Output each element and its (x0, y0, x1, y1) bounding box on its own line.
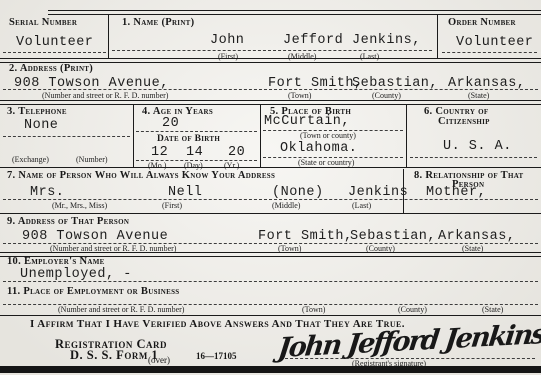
town-sublabel: (Town) (288, 91, 311, 100)
age-value: 20 (162, 116, 179, 131)
relationship-value: Mother, (426, 185, 486, 200)
contact-label: 7. Name of Person Who Will Always Know Y… (7, 170, 275, 181)
employment-place-label: 11. Place of Employment or Business (7, 286, 180, 297)
serial-number-label: Serial Number (9, 17, 77, 28)
town-sublabel: (Town) (302, 305, 325, 314)
order-number-label: Order Number (448, 17, 516, 28)
dob-day-value: 14 (186, 145, 203, 160)
contact-address-county-value: Sebastian, (350, 229, 436, 244)
year-sublabel: (Yr.) (224, 161, 239, 170)
state-sublabel: (State) (482, 305, 503, 314)
name-label: 1. Name (Print) (122, 17, 194, 28)
telephone-label: 3. Telephone (7, 106, 67, 117)
order-underline (442, 52, 537, 53)
contact-address-town-value: Fort Smith, (258, 229, 353, 244)
citizenship-label-line2: Citizenship (438, 116, 490, 127)
contact-address-label: 9. Address of That Person (7, 216, 129, 227)
day-sublabel: (Day) (184, 161, 203, 170)
contact-last-value: Jenkins (348, 185, 408, 200)
order-number-value: Volunteer (456, 35, 533, 50)
citizenship-underline (410, 157, 537, 158)
contact-first-value: Nell (168, 185, 202, 200)
state-sublabel: (State) (468, 91, 489, 100)
middle-sublabel: (Middle) (272, 201, 300, 210)
telephone-underline (3, 136, 130, 137)
telephone-value: None (24, 118, 58, 133)
street-sublabel: (Number and street or R. F. D. number) (58, 305, 184, 314)
county-sublabel: (County) (372, 91, 401, 100)
name-last-value: Jenkins, (352, 33, 421, 48)
name-underline (112, 50, 432, 51)
divider (133, 104, 134, 167)
last-sublabel: (Last) (352, 201, 371, 210)
dob-year-value: 20 (228, 145, 245, 160)
employer-label: 10. Employer's Name (7, 256, 105, 267)
registration-card: Serial Number Volunteer 1. Name (Print) … (0, 0, 541, 375)
divider (406, 104, 407, 167)
dob-month-value: 12 (151, 145, 168, 160)
employer-underline (3, 281, 538, 282)
affirmation-text: I Affirm That I Have Verified Above Answ… (30, 318, 405, 330)
over-note: (over) (148, 355, 170, 365)
town-or-county-sublabel: (Town or county) (300, 131, 356, 140)
serial-number-value: Volunteer (16, 35, 93, 50)
print-code: 16—17105 (196, 351, 237, 361)
divider (437, 14, 438, 58)
birthplace-town-value: McCurtain, (264, 114, 350, 129)
dob-label: Date of Birth (157, 134, 220, 144)
age-underline (136, 131, 257, 132)
address-underline (3, 89, 538, 90)
birthplace-state-value: Oklahoma. (280, 141, 357, 156)
month-sublabel: (Mo.) (148, 161, 166, 170)
rule (0, 167, 541, 168)
contact-title-value: Mrs. (30, 185, 64, 200)
form-number: D. S. S. Form 1 (70, 348, 158, 363)
contact-middle-value: (None) (272, 185, 324, 200)
address-label: 2. Address (Print) (9, 63, 93, 74)
bottom-bar (0, 366, 541, 373)
street-sublabel: (Number and street or R. F. D. number) (42, 91, 168, 100)
state-or-country-sublabel: (State or country) (298, 158, 354, 167)
contact-address-state-value: Arkansas, (438, 229, 515, 244)
rule (0, 213, 541, 214)
exchange-sublabel: (Exchange) (12, 155, 49, 164)
county-sublabel: (County) (398, 305, 427, 314)
citizenship-value: U. S. A. (443, 139, 512, 154)
rule (0, 315, 541, 316)
divider (260, 104, 261, 167)
divider (108, 14, 109, 58)
top-rule (48, 10, 541, 15)
number-sublabel: (Number) (76, 155, 108, 164)
employer-value: Unemployed, - (20, 267, 132, 282)
rule (0, 100, 541, 105)
first-sublabel: (First) (162, 201, 182, 210)
serial-underline (3, 52, 106, 53)
title-sublabel: (Mr., Mrs., Miss) (52, 201, 107, 210)
name-middle-value: Jefford (283, 33, 343, 48)
name-first-value: John (210, 33, 244, 48)
contact-address-street-value: 908 Towson Avenue (22, 229, 168, 244)
